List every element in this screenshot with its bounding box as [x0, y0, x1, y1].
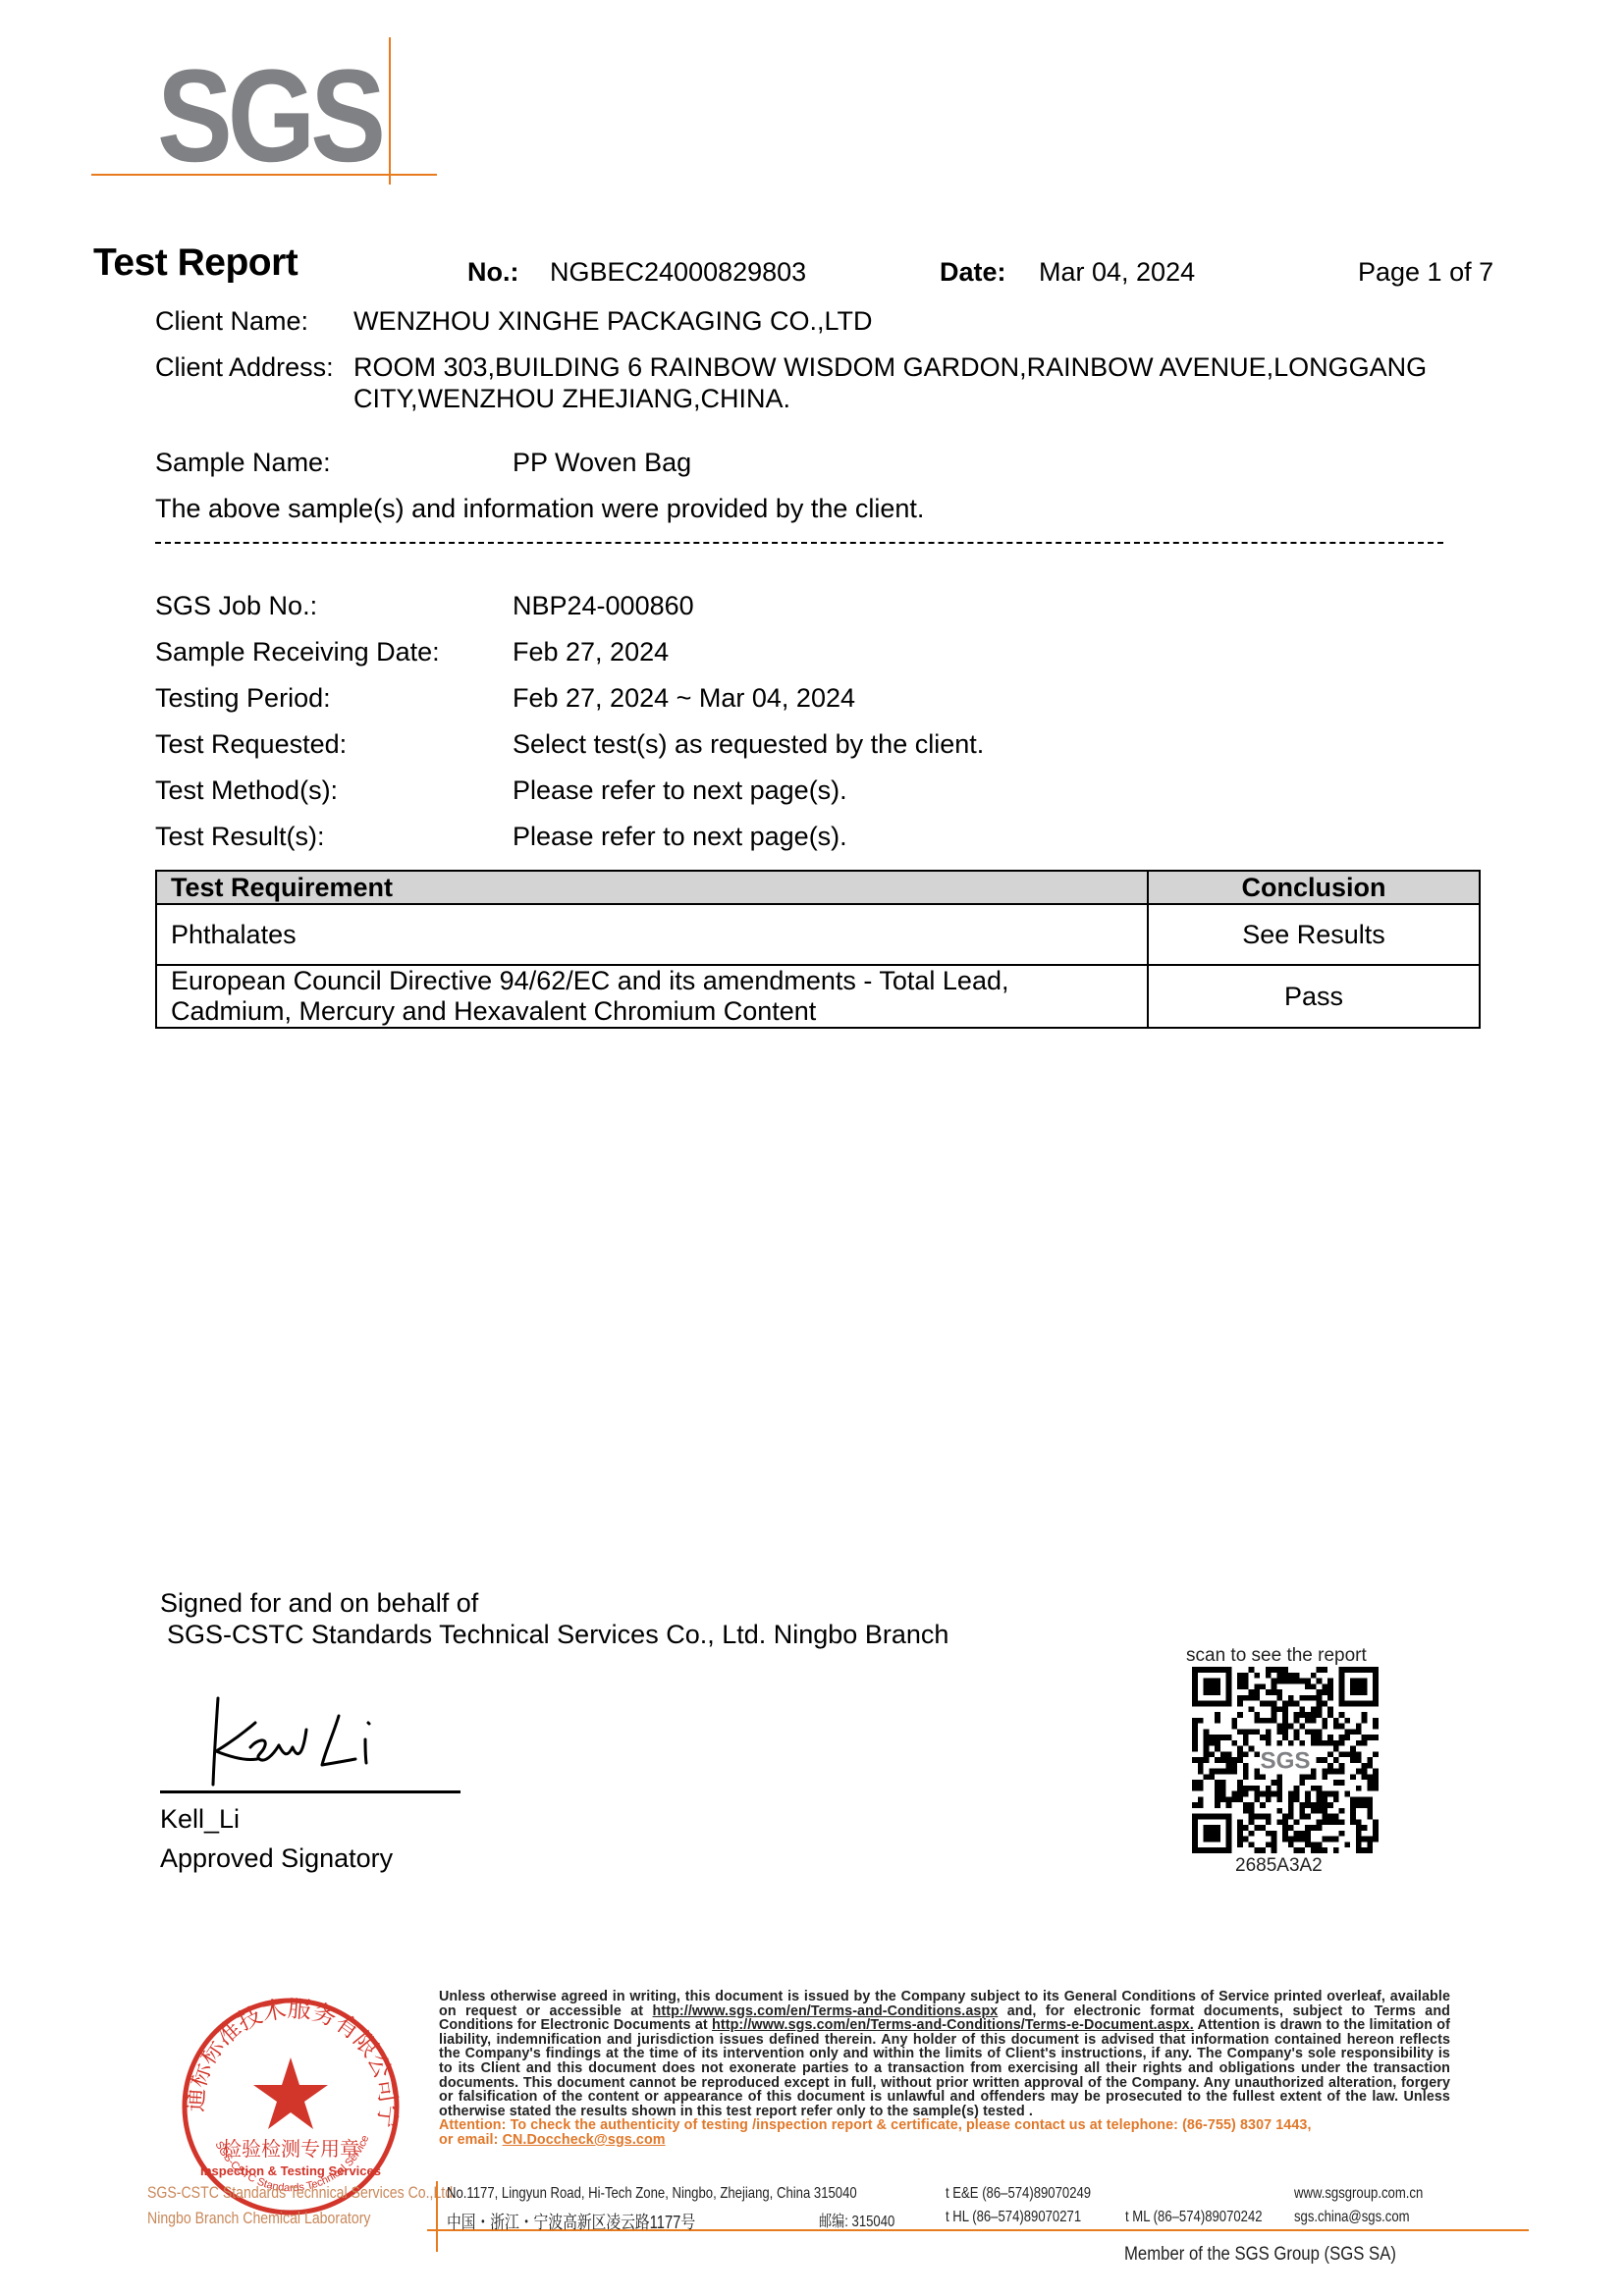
report-date: Mar 04, 2024	[1039, 257, 1195, 288]
client-name-label: Client Name:	[155, 306, 308, 337]
detail-label: Test Result(s):	[155, 822, 325, 852]
table-row: European Council Directive 94/62/EC and …	[156, 965, 1480, 1028]
client-address-line2: CITY,WENZHOU ZHEJIANG,CHINA.	[353, 384, 790, 414]
tel-hl: t HL (86–574)89070271	[946, 2209, 1081, 2226]
sgs-logo: SGS	[157, 51, 381, 183]
detail-value: Feb 27, 2024	[513, 637, 669, 667]
table-row: Phthalates See Results	[156, 904, 1480, 965]
e-document-terms-link[interactable]: http://www.sgs.com/en/Terms-and-Conditio…	[712, 2017, 1194, 2033]
china-email-link[interactable]: sgs.china@sgs.com	[1294, 2209, 1410, 2226]
logo-vertical-rule	[389, 37, 391, 185]
logo-horizontal-rule	[91, 174, 437, 176]
report-date-label: Date:	[940, 257, 1006, 288]
qr-verification-code: 2685A3A2	[1235, 1855, 1323, 1877]
client-address-label: Client Address:	[155, 352, 334, 383]
sample-name-label: Sample Name:	[155, 448, 331, 478]
detail-label: Testing Period:	[155, 683, 331, 714]
website-link[interactable]: www.sgsgroup.com.cn	[1294, 2185, 1423, 2203]
sample-name: PP Woven Bag	[513, 448, 691, 478]
address-cn: 中国・浙江・宁波高新区凌云路1177号	[447, 2209, 695, 2234]
header-test-requirement: Test Requirement	[156, 871, 1148, 904]
svg-text:SGS: SGS	[1260, 1748, 1310, 1775]
detail-value: Please refer to next page(s).	[513, 775, 847, 806]
requirement-line1: European Council Directive 94/62/EC and …	[171, 966, 1133, 996]
doccheck-email-link[interactable]: CN.Doccheck@sgs.com	[503, 2132, 666, 2148]
detail-value: NBP24-000860	[513, 591, 694, 621]
test-requirement-table: Test Requirement Conclusion Phthalates S…	[155, 870, 1481, 1029]
sgs-group-membership: Member of the SGS Group (SGS SA)	[1124, 2244, 1396, 2266]
detail-value: Please refer to next page(s).	[513, 822, 847, 852]
requirement-cell: Phthalates	[156, 904, 1148, 965]
signer-name: Kell_Li	[160, 1804, 240, 1835]
legal-disclaimer: Unless otherwise agreed in writing, this…	[439, 1990, 1450, 2148]
terms-link[interactable]: http://www.sgs.com/en/Terms-and-Conditio…	[653, 2003, 999, 2019]
signing-organization: SGS-CSTC Standards Technical Services Co…	[167, 1620, 948, 1650]
tel-ml: t ML (86–574)89070242	[1125, 2209, 1263, 2226]
signed-on-behalf: Signed for and on behalf of	[160, 1588, 478, 1619]
conclusion-cell: See Results	[1148, 904, 1480, 965]
page-indicator: Page 1 of 7	[1358, 257, 1493, 288]
section-divider	[155, 542, 1443, 544]
header-conclusion: Conclusion	[1148, 871, 1480, 904]
detail-label: Test Requested:	[155, 729, 347, 760]
authenticity-notice: Attention: To check the authenticity of …	[439, 2118, 1450, 2133]
detail-label: SGS Job No.:	[155, 591, 317, 621]
report-number: NGBEC24000829803	[550, 257, 806, 288]
report-title: Test Report	[93, 241, 298, 285]
conclusion-cell: Pass	[1148, 965, 1480, 1028]
report-number-label: No.:	[467, 257, 518, 288]
detail-label: Sample Receiving Date:	[155, 637, 440, 667]
lab-org-name: SGS-CSTC Standards Technical Services Co…	[147, 2183, 457, 2203]
detail-label: Test Method(s):	[155, 775, 338, 806]
detail-value: Select test(s) as requested by the clien…	[513, 729, 984, 760]
postcode-cn: 邮编: 315040	[819, 2209, 894, 2231]
sample-note: The above sample(s) and information were…	[155, 494, 924, 524]
address-en: No.1177, Lingyun Road, Hi-Tech Zone, Nin…	[447, 2185, 857, 2203]
qr-code-icon[interactable]: SGS	[1192, 1667, 1379, 1853]
signer-role: Approved Signatory	[160, 1843, 393, 1874]
tel-ee: t E&E (86–574)89070249	[946, 2185, 1091, 2203]
client-name: WENZHOU XINGHE PACKAGING CO.,LTD	[353, 306, 873, 337]
signature-line	[160, 1790, 460, 1793]
footer-vertical-rule	[436, 2181, 438, 2252]
handwritten-signature	[196, 1669, 432, 1787]
client-address-line1: ROOM 303,BUILDING 6 RAINBOW WISDOM GARDO…	[353, 352, 1427, 383]
requirement-line2: Cadmium, Mercury and Hexavalent Chromium…	[171, 996, 1133, 1027]
lab-branch-name: Ningbo Branch Chemical Laboratory	[147, 2209, 370, 2228]
qr-caption: scan to see the report	[1186, 1645, 1367, 1667]
requirement-cell: European Council Directive 94/62/EC and …	[156, 965, 1148, 1028]
svg-text:检验检测专用章: 检验检测专用章	[222, 2137, 359, 2161]
email-prefix: or email:	[439, 2132, 499, 2148]
table-header-row: Test Requirement Conclusion	[156, 871, 1480, 904]
detail-value: Feb 27, 2024 ~ Mar 04, 2024	[513, 683, 855, 714]
